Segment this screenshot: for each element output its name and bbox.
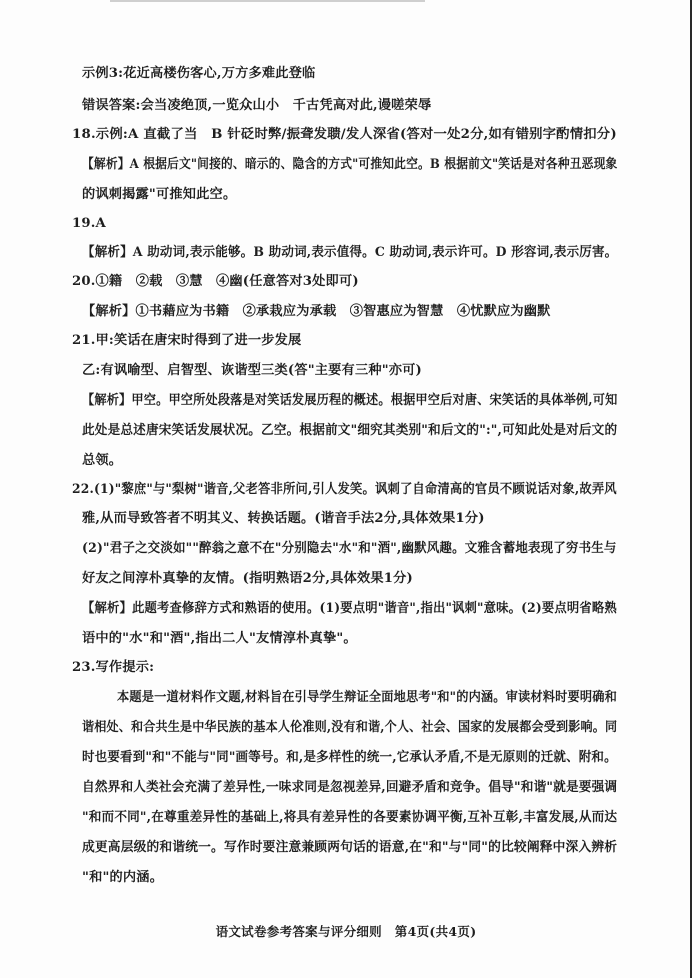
question-22-analysis-line-1: 【解析】此题考查修辞方式和熟语的使用。(1)要点明"谐音",指出"讽刺"意味。(… [82, 601, 617, 617]
page-footer: 语文试卷参考答案与评分细则 第4页(共4页) [0, 922, 692, 940]
writing-hint-line-3: 时也要看到"和"不能与"同"画等号。和,是多样性的统一,它承认矛盾,不是无原则的… [82, 750, 617, 766]
question-19-answer: 19.A [72, 216, 106, 232]
question-22-part-1-line-2: 雅,从而导致答者不明其义、转换话题。(谐音手法2分,具体效果1分) [82, 511, 485, 527]
writing-hint-line-1: 本题是一道材料作文题,材料旨在引导学生辩证全面地思考"和"的内涵。审读材料时要明… [117, 690, 617, 706]
question-19-analysis: 【解析】A 助动词,表示能够。B 助动词,表示值得。C 助动词,表示许可。D 形… [82, 245, 617, 261]
question-18-answer: 18.示例:A 直截了当 B 针砭时弊/振聋发聩/发人深省(答对一处2分,如有错… [72, 127, 617, 143]
question-22-part-2-line-2: 好友之间淳朴真挚的友情。(指明熟语2分,具体效果1分) [82, 571, 413, 587]
question-21-analysis-line-3: 总领。 [82, 453, 122, 469]
question-20-analysis: 【解析】①书藉应为书籍 ②承栽应为承载 ③智惠应为智慧 ④忧默应为幽默 [82, 304, 551, 320]
writing-hint-line-5: "和而不同",在尊重差异性的基础上,将具有差异性的各要素协调平衡,互补互彰,丰富… [82, 810, 617, 826]
question-21-analysis-line-2: 此处是总述唐宋笑话发展状况。乙空。根据前文"细究其类别"和后文的":",可知此处… [82, 423, 617, 439]
question-22-analysis-line-2: 语中的"水"和"酒",指出二人"友情淳朴真挚"。 [82, 631, 357, 647]
question-21-answer-jia: 21.甲:笑话在唐宋时得到了进一步发展 [72, 333, 301, 349]
writing-hint-line-6: 成更高层级的和谐统一。写作时要注意兼顾两句话的语意,在"和"与"同"的比较阐释中… [82, 840, 617, 856]
question-18-analysis-line-2: 的讽刺揭露"可推知此空。 [82, 187, 236, 203]
question-21-answer-yi: 乙:有讽喻型、启智型、诙谐型三类(答"主要有三种"亦可) [82, 363, 422, 379]
question-18-analysis-line-1: 【解析】A 根据后文"间接的、暗示的、隐含的方式"可推知此空。B 根据前文"笑话… [82, 157, 617, 173]
writing-hint-line-7: "和"的内涵。 [82, 870, 163, 886]
writing-hint-line-4: 自然界和人类社会充满了差异性,一味求同是忽视差异,回避矛盾和竞争。倡导"和谐"就… [82, 780, 617, 796]
question-23-heading: 23.写作提示: [72, 660, 154, 676]
question-22-part-2-line-1: (2)"君子之交淡如""醉翁之意不在"分别隐去"水"和"酒",幽默风趣。文雅含蓄… [82, 541, 617, 557]
writing-hint-line-2: 谐相处、和合共生是中华民族的基本人伦准则,没有和谐,个人、社会、国家的发展都会受… [82, 720, 617, 736]
answer-key-page: 示例3:花近高楼伤客心,万方多难此登临 错误答案:会当凌绝顶,一览众山小 千古凭… [0, 0, 692, 978]
example-3-line: 示例3:花近高楼伤客心,万方多难此登临 [82, 66, 315, 82]
question-22-part-1-line-1: 22.(1)"黎庶"与"梨树"谐音,父老答非所问,引人发笑。讽刺了自命清高的官员… [72, 482, 617, 498]
question-20-answer: 20.①籍 ②载 ③慧 ④幽(任意答对3处即可) [72, 274, 359, 290]
question-21-analysis-line-1: 【解析】甲空。甲空所处段落是对笑话发展历程的概述。根据甲空后对唐、宋笑话的具体举… [82, 393, 617, 409]
wrong-answer-line: 错误答案:会当凌绝顶,一览众山小 千古凭高对此,谩嗟荣辱 [82, 98, 431, 114]
